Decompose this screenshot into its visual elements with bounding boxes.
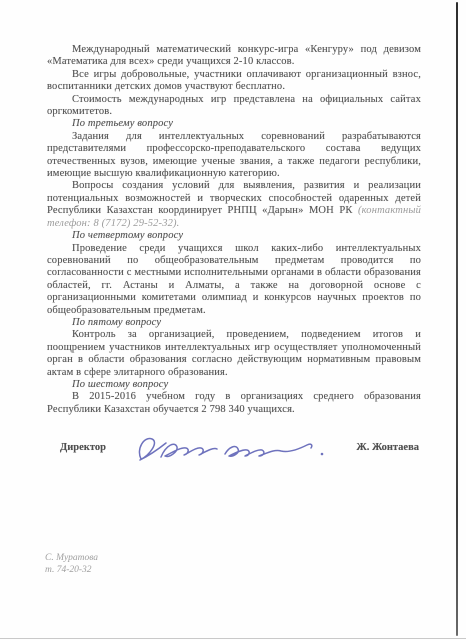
paragraph-daryn-coordination: Вопросы создания условий для выявления, …	[47, 180, 421, 230]
section-heading-sixth-question: По шестому вопросу	[47, 379, 421, 391]
section-heading-third-question: По третьему вопросу	[47, 118, 421, 130]
paragraph-tasks-development: Задания для интеллектуальных соревновани…	[47, 131, 421, 181]
paragraph-cost: Стоимость международных игр представлена…	[47, 94, 421, 119]
signer-role-label: Директор	[60, 442, 106, 453]
scan-edge-artifact-right	[456, 2, 458, 636]
signature-stroke	[140, 439, 312, 460]
executor-phone: т. 74-20-32	[45, 565, 98, 577]
signature-end-dot	[321, 453, 324, 456]
signer-name: Ж. Жонтаева	[356, 442, 419, 453]
scanned-letter-page: Международный математический конкурс-игр…	[0, 0, 466, 640]
paragraph-voluntary-games: Все игры добровольные, участники оплачив…	[47, 69, 421, 94]
paragraph-competitions-approval: Проведение среди учащихся школ каких-либ…	[47, 243, 421, 317]
section-heading-fourth-question: По четвертому вопросу	[47, 230, 421, 242]
paragraph-student-count: В 2015-2016 учебном году в организациях …	[47, 391, 421, 416]
scan-edge-artifact-bottom	[0, 638, 466, 639]
section-heading-fifth-question: По пятому вопросу	[47, 317, 421, 329]
executor-name: С. Муратова	[45, 553, 98, 565]
executor-footer: С. Муратова т. 74-20-32	[45, 553, 98, 577]
paragraph-kenguru: Международный математический конкурс-игр…	[47, 44, 421, 69]
paragraph-control-authority: Контроль за организацией, проведением, п…	[47, 329, 421, 379]
signature-block: Директор Ж. Жонтаева	[47, 430, 421, 464]
letter-body: Международный математический конкурс-игр…	[47, 44, 421, 416]
handwritten-signature	[133, 430, 333, 470]
